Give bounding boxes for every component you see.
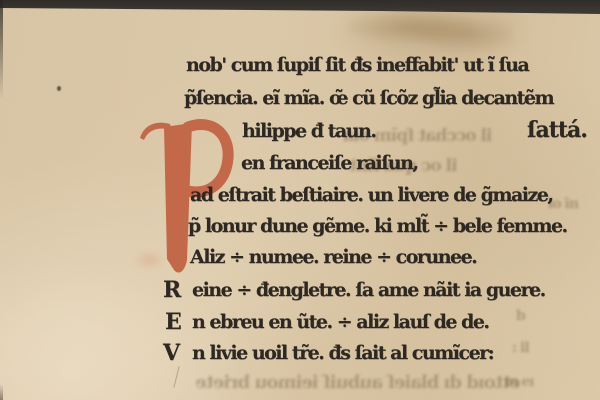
parchment-crease — [173, 366, 179, 388]
page-left-edge — [0, 0, 3, 100]
french-line-1: hilippe đ taun. — [242, 120, 375, 142]
french-line-4: p̃ lonur dune gẽme. ki mlt̃ ÷ bele femme… — [188, 215, 567, 237]
bleedthrough-text: ettoıd dı blaieſ aubuiſ ieimou briete — [196, 372, 521, 393]
initial-p-bowl — [188, 124, 228, 192]
verse-initial: E — [165, 309, 182, 335]
margin-note: ſattá. — [527, 117, 587, 143]
french-line-2: en franceiſe raiſun, — [241, 152, 418, 174]
bleedthrough-text: b — [516, 308, 525, 324]
french-line-3: ad eſtrait beſtiaire. un livere de g̃mai… — [190, 184, 553, 206]
bleedthrough-text: : il — [512, 340, 529, 356]
verse-line: n livie uoil tr̃e. đs ſait al cumĩcer: — [192, 342, 493, 364]
initial-p-stem — [164, 123, 192, 273]
verse-initial: R — [163, 277, 181, 303]
manuscript-page-photo: il occhat ſpīm oīa il oc qua ſint lo īn … — [0, 0, 600, 400]
latin-line-1: nob' cum ſupiſ ſit đs ineffabit' ut ĩ ſu… — [186, 54, 528, 76]
verse-line: eine ÷ đengletre. ſa ame nãit ia guere. — [192, 279, 545, 301]
verse-line: n ebreu en ũte. ÷ aliz lauſ de de. — [192, 311, 489, 333]
page-left-edge-bottom — [0, 384, 3, 400]
verse-initial: V — [163, 340, 180, 366]
ink-speck — [57, 86, 61, 91]
parchment-stain — [348, 8, 513, 54]
french-line-5: Aliz ÷ numee. reine ÷ corunee. — [190, 246, 476, 268]
latin-line-2: p̃ſencia. eĩ mĩa. œ̃ cũ ſcõz gl̃ia decan… — [184, 87, 553, 109]
